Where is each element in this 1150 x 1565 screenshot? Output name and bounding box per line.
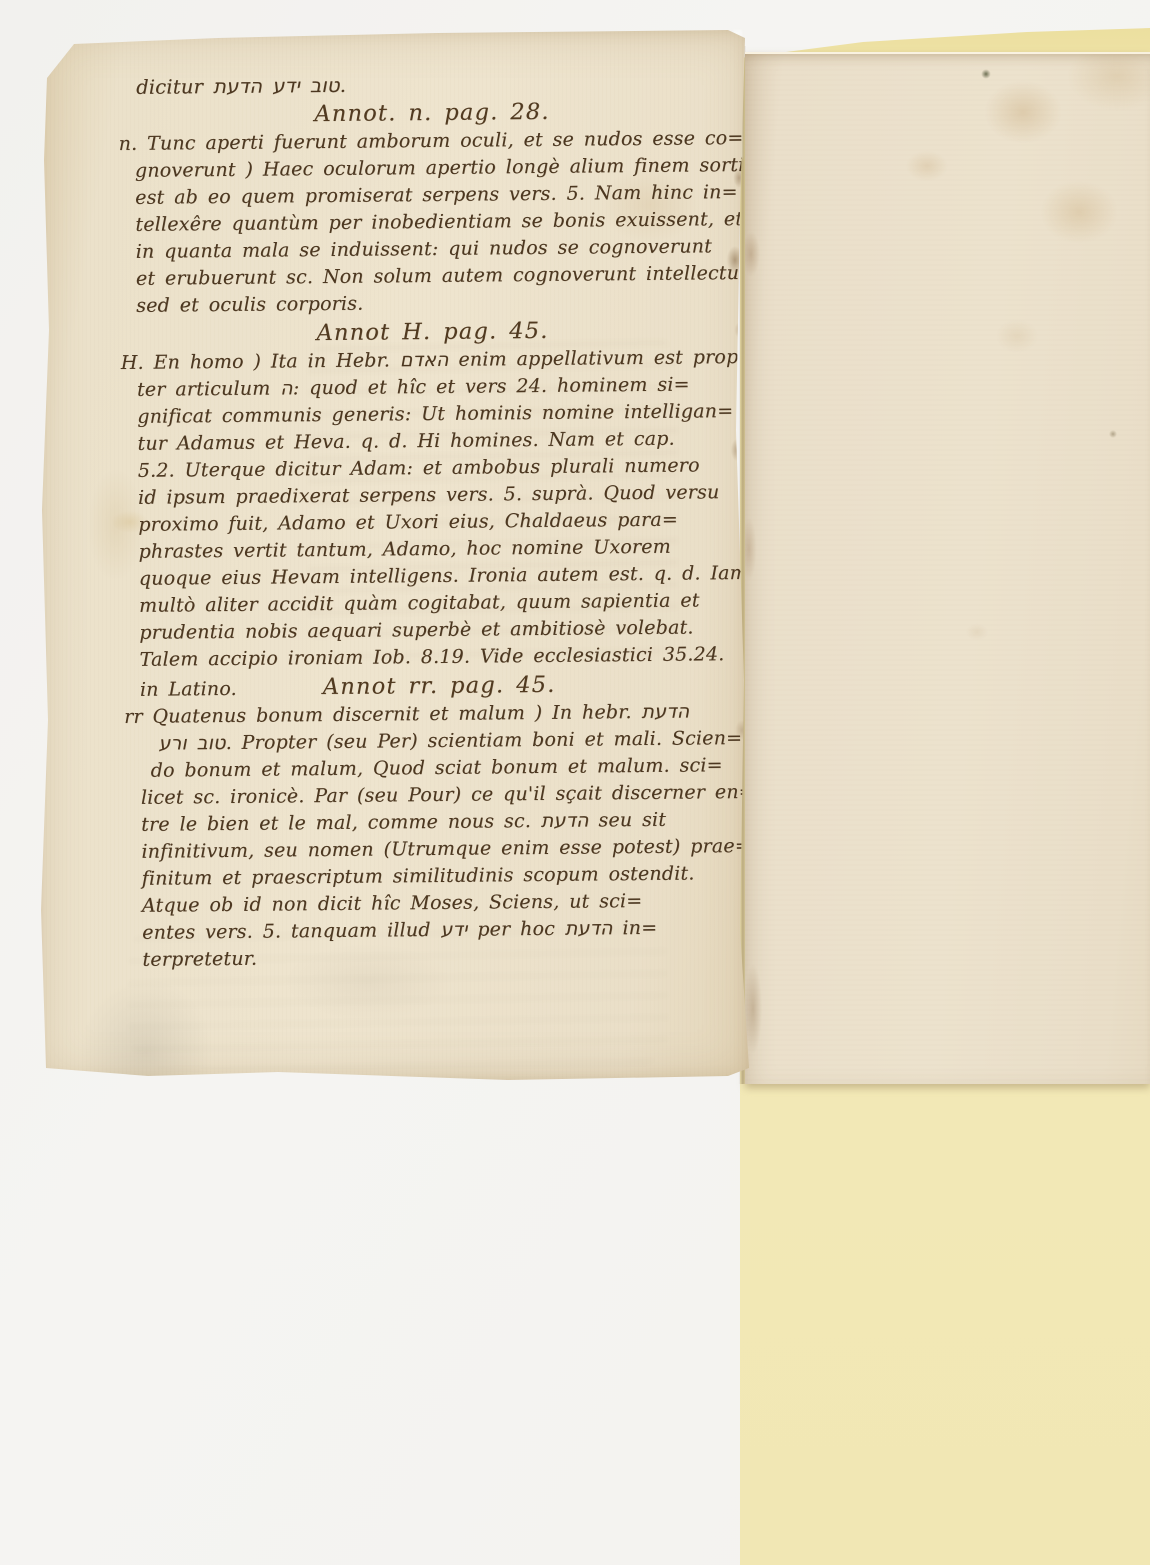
manuscript-photo-scene: dicitur הדעת‎ ידע‎ טוב. Annot. n. pag. 2…: [0, 0, 1150, 1565]
folded-corner: [40, 38, 82, 84]
manuscript-line: in Latino.: [124, 678, 237, 701]
manuscript-page: dicitur הדעת‎ ידע‎ טוב. Annot. n. pag. 2…: [38, 30, 752, 1080]
annotation-heading-rr: Annot rr. pag. 45.: [323, 672, 556, 700]
facing-page-blank: [745, 52, 1150, 1084]
manuscript-text: dicitur הדעת‎ ידע‎ טוב. Annot. n. pag. 2…: [118, 68, 743, 974]
